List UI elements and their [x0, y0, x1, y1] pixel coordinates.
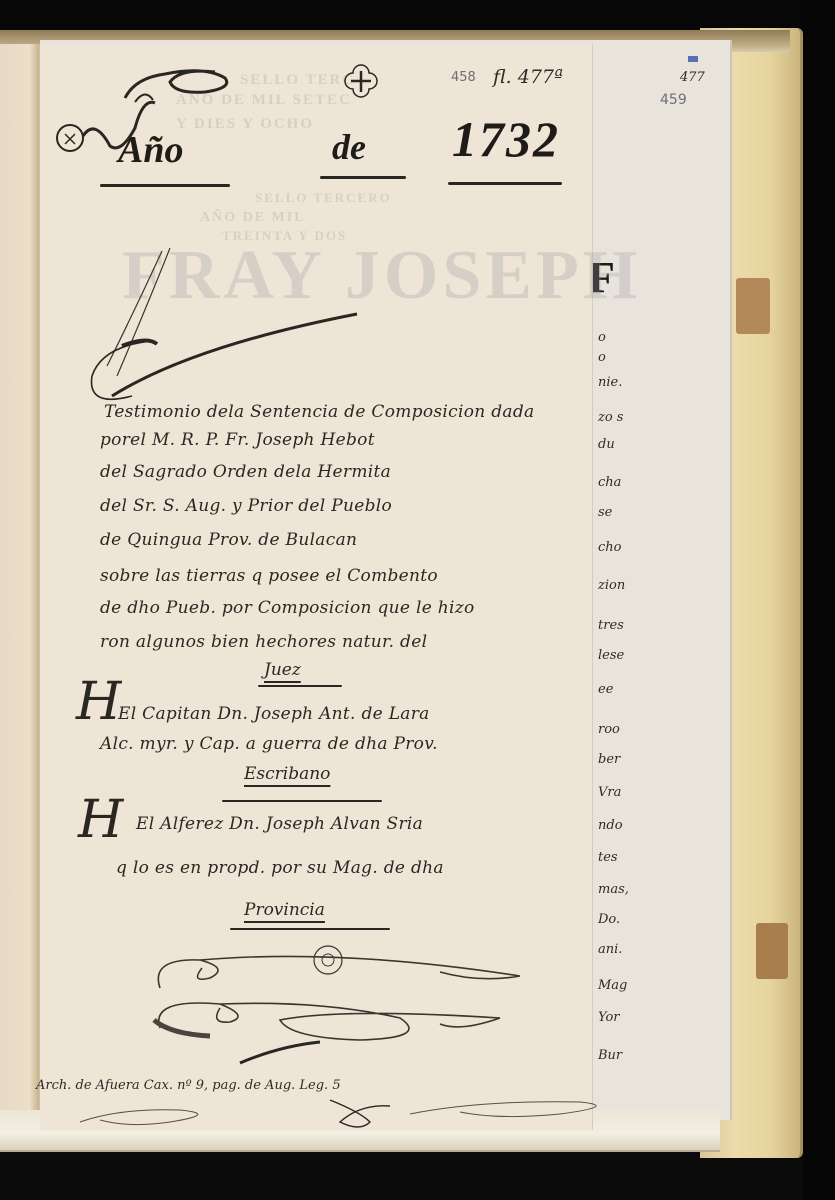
heading-year: 1732 — [452, 110, 560, 168]
heading-word-ano: Año — [118, 128, 183, 172]
body-line: de Quingua Prov. de Bulacan — [100, 530, 357, 550]
left-facing-page — [0, 44, 42, 1124]
folio-pencil-right: 459 — [660, 92, 687, 108]
fragment: ber — [598, 752, 620, 767]
fragment: ee — [598, 682, 613, 697]
juez-line: Alc. myr. y Cap. a guerra de dha Prov. — [100, 734, 438, 754]
escribano-line: q lo es en propd. por su Mag. de dha — [116, 858, 444, 878]
section-underline — [230, 928, 390, 930]
fragment: o — [598, 330, 606, 345]
fragment: roo — [598, 722, 620, 737]
body-line: Testimonio dela Sentencia de Composicion… — [104, 402, 534, 422]
body-line: del Sr. S. Aug. y Prior del Pueblo — [100, 496, 392, 516]
fragment: cho — [598, 540, 621, 555]
fragment: nie. — [598, 375, 622, 390]
fragment: Yor — [598, 1010, 620, 1025]
juez-line: El Capitan Dn. Joseph Ant. de Lara — [118, 704, 430, 724]
fragment: du — [598, 437, 615, 452]
fragment: ani. — [598, 942, 622, 957]
bleed-line: SELLO TERCERO — [255, 190, 392, 206]
cross-ornament-icon — [338, 62, 384, 102]
initial-t-flourish-icon — [62, 236, 362, 416]
body-line: del Sagrado Orden dela Hermita — [100, 462, 391, 482]
fragment: tres — [598, 618, 624, 633]
initial-el-flourish: H — [78, 790, 123, 850]
body-line: porel M. R. P. Fr. Joseph Hebot — [100, 430, 375, 450]
fragment: cha — [598, 475, 621, 490]
folio-number: fl. 477ª — [493, 66, 563, 88]
fragment: zo s — [598, 410, 623, 425]
fragment: Vra — [598, 785, 621, 800]
bleed-line: AÑO DE MIL — [200, 210, 306, 226]
section-juez-label: Juez — [264, 660, 301, 680]
fragment: Bur — [598, 1048, 622, 1063]
lower-page-flourish-icon — [60, 1092, 660, 1132]
fragment: tes — [598, 850, 618, 865]
fragment: lese — [598, 648, 624, 663]
body-line: ron algunos bien hechores natur. del — [100, 632, 427, 652]
fragment: zion — [598, 578, 625, 593]
scan-right-edge — [803, 0, 835, 1200]
fragment: mas, — [598, 882, 629, 897]
body-line: de dho Pueb. por Composicion que le hizo — [100, 598, 475, 618]
fragment: Mag — [598, 978, 627, 993]
fragment: Do. — [598, 912, 620, 927]
section-escribano-label: Escribano — [244, 764, 330, 784]
fragment: se — [598, 505, 612, 520]
heading-underline — [320, 176, 406, 179]
heading-word-de: de — [332, 126, 366, 168]
body-line: sobre las tierras q posee el Combento — [100, 566, 438, 586]
binding-tab-lower — [756, 923, 788, 979]
binding-tab-upper — [736, 278, 770, 334]
initial-el-flourish: H — [76, 672, 121, 732]
section-underline — [258, 685, 342, 687]
folio-pencil-left: 458 — [451, 70, 476, 85]
section-provincia-label: Provincia — [244, 900, 325, 920]
heading-underline — [100, 184, 230, 187]
archive-reference-note: Arch. de Afuera Cax. nº 9, pag. de Aug. … — [36, 1078, 341, 1093]
blue-stamp-mark — [688, 56, 698, 62]
folio-corner-ink: 477 — [680, 70, 705, 85]
escribano-line: El Alferez Dn. Joseph Alvan Sria — [136, 814, 423, 834]
fragment: o — [598, 350, 606, 365]
heading-underline — [448, 182, 562, 185]
section-underline — [222, 800, 382, 802]
closing-flourish-icon — [140, 938, 540, 1068]
fragment: ndo — [598, 818, 623, 833]
